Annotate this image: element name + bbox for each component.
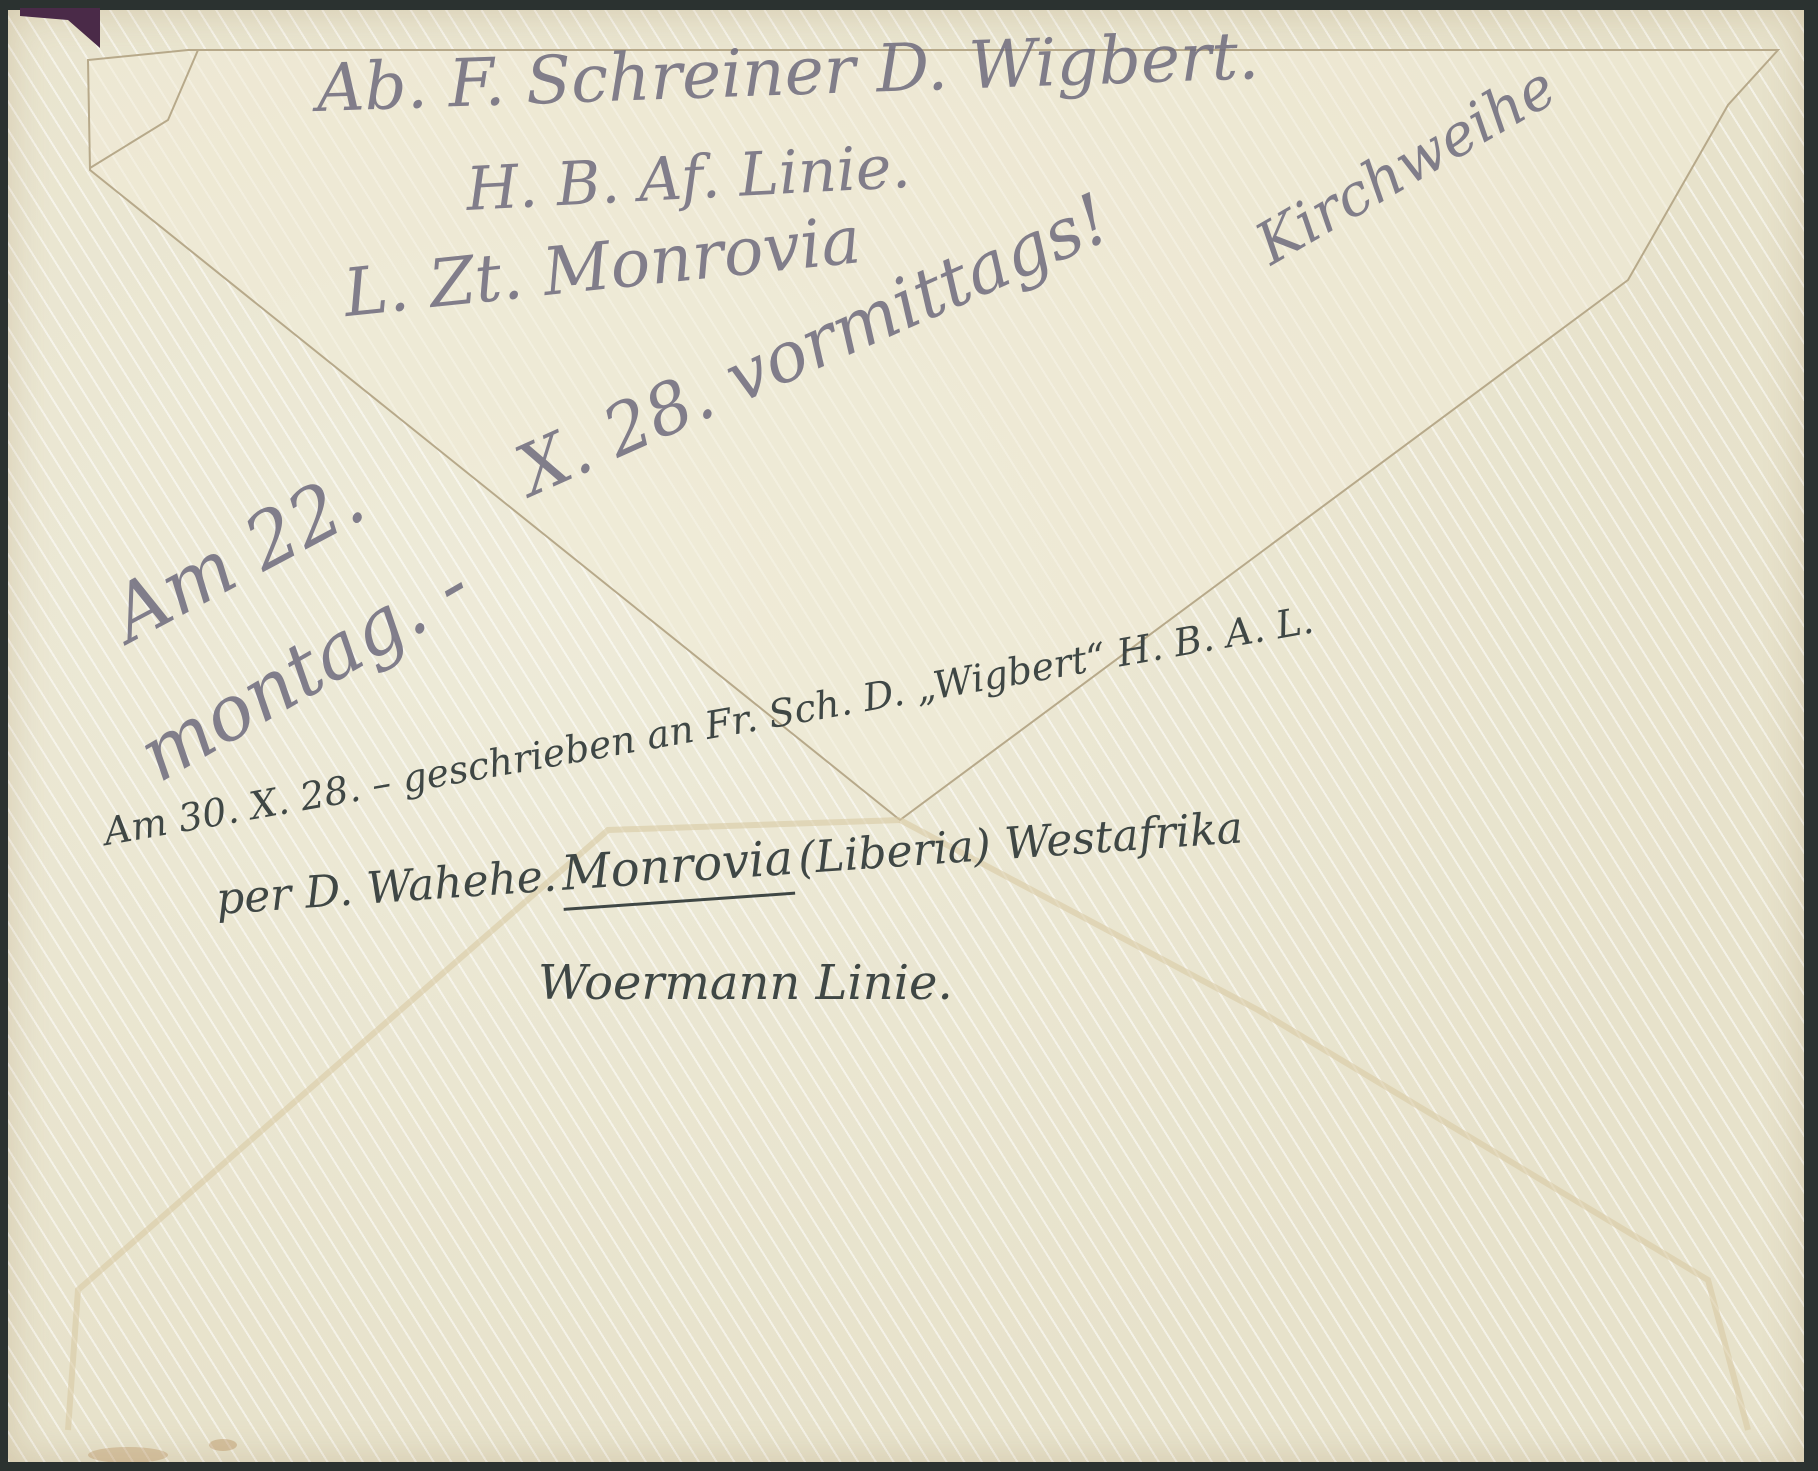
ink-note-shipping-line: Woermann Linie. bbox=[538, 955, 953, 1011]
envelope-back: Ab. F. Schreiner D. Wigbert. H. B. Af. L… bbox=[8, 10, 1804, 1462]
envelope-flap-outline bbox=[8, 10, 1804, 1462]
